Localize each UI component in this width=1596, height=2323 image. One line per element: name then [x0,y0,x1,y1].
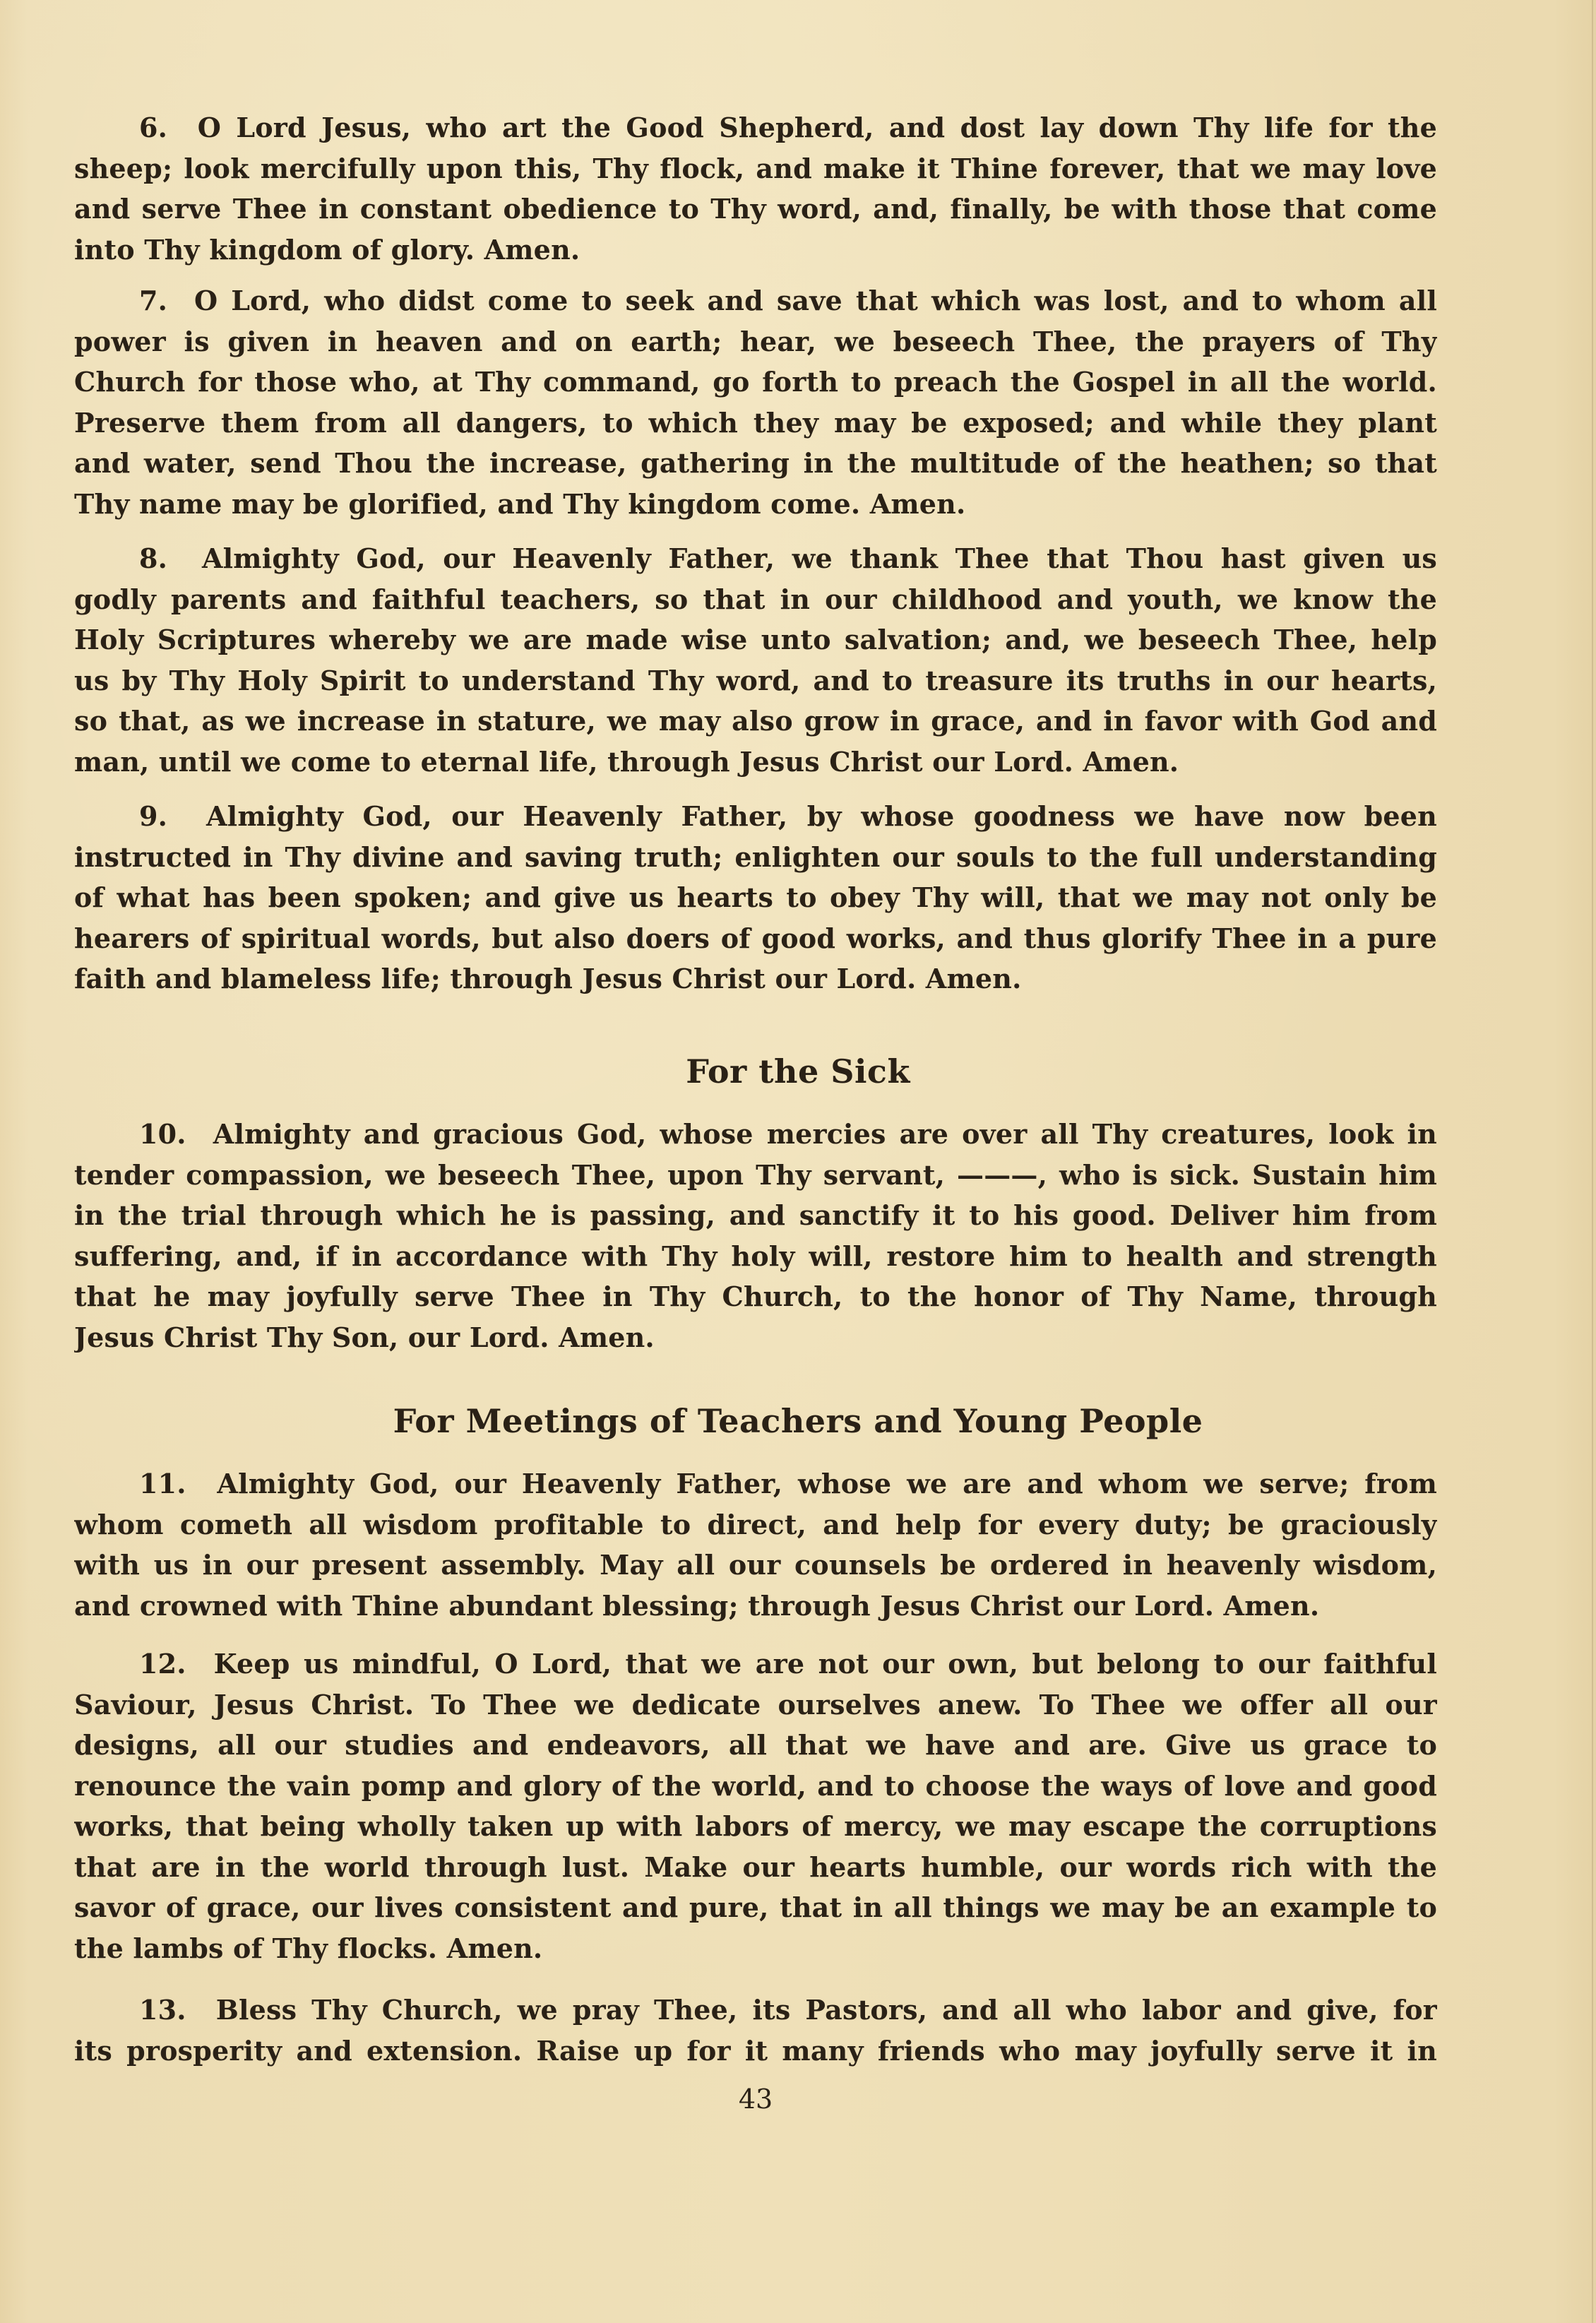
prayer-number: 13. [139,1994,186,2026]
book-page: 6. O Lord Jesus, who art the Good Shephe… [0,0,1596,2323]
prayer-line: faith and blameless life; through Jesus … [74,958,1437,999]
prayer-number: 9. [139,800,167,832]
prayer-line: hearers of spiritual words, but also doe… [74,918,1437,959]
prayer-line: so that, as we increase in stature, we m… [74,701,1437,742]
prayer-number: 8. [139,542,167,574]
prayer-line: 7. O Lord, who didst come to seek and sa… [74,280,1437,321]
page-edge [1592,0,1593,2323]
section-heading-for-the-sick: For the Sick [0,1052,1596,1091]
prayer-line: suffering, and, if in accordance with Th… [74,1236,1437,1277]
prayer-line: Church for those who, at Thy command, go… [74,362,1437,403]
prayer-line: into Thy kingdom of glory. Amen. [74,230,1437,271]
prayer-line: 6. O Lord Jesus, who art the Good Shephe… [74,107,1437,148]
prayer-line: godly parents and faithful teachers, so … [74,579,1437,620]
prayer-line: whom cometh all wisdom profitable to dir… [74,1504,1437,1545]
prayer-line: and crowned with Thine abundant blessing… [74,1586,1437,1627]
prayer-line: 12. Keep us mindful, O Lord, that we are… [74,1644,1437,1685]
prayer-12: 12. Keep us mindful, O Lord, that we are… [74,1644,1437,1968]
prayer-line: 9. Almighty God, our Heavenly Father, by… [74,796,1437,837]
prayer-9: 9. Almighty God, our Heavenly Father, by… [74,796,1437,999]
prayer-line: designs, all our studies and endeavors, … [74,1725,1437,1766]
prayer-line: 10. Almighty and gracious God, whose mer… [74,1114,1437,1155]
prayer-11: 11. Almighty God, our Heavenly Father, w… [74,1463,1437,1626]
prayer-number: 12. [139,1648,186,1680]
prayer-line: us by Thy Holy Spirit to understand Thy … [74,660,1437,701]
prayer-line: in the trial through which he is passing… [74,1195,1437,1236]
prayer-line: 11. Almighty God, our Heavenly Father, w… [74,1463,1437,1504]
prayer-number: 11. [139,1468,186,1499]
prayer-line: that are in the world through lust. Make… [74,1847,1437,1888]
prayer-line: that he may joyfully serve Thee in Thy C… [74,1276,1437,1317]
prayer-10: 10. Almighty and gracious God, whose mer… [74,1114,1437,1357]
prayer-line: tender compassion, we beseech Thee, upon… [74,1155,1437,1196]
prayer-line: Preserve them from all dangers, to which… [74,403,1437,444]
prayer-line: Jesus Christ Thy Son, our Lord. Amen. [74,1317,1437,1358]
prayer-line: of what has been spoken; and give us hea… [74,877,1437,918]
prayer-line: the lambs of Thy flocks. Amen. [74,1928,1437,1969]
prayer-line: savor of grace, our lives consistent and… [74,1887,1437,1928]
prayer-7: 7. O Lord, who didst come to seek and sa… [74,280,1437,524]
section-heading-teachers-young-people: For Meetings of Teachers and Young Peopl… [0,1402,1596,1440]
prayer-line: its prosperity and extension. Raise up f… [74,2031,1437,2072]
prayer-line: power is given in heaven and on earth; h… [74,321,1437,362]
prayer-line: sheep; look mercifully upon this, Thy fl… [74,148,1437,189]
prayer-13: 13. Bless Thy Church, we pray Thee, its … [74,1990,1437,2071]
prayer-line: and water, send Thou the increase, gathe… [74,443,1437,484]
prayer-line: Holy Scriptures whereby we are made wise… [74,619,1437,660]
prayer-line: 13. Bless Thy Church, we pray Thee, its … [74,1990,1437,2031]
prayer-line: 8. Almighty God, our Heavenly Father, we… [74,538,1437,579]
prayer-line: works, that being wholly taken up with l… [74,1806,1437,1847]
prayer-6: 6. O Lord Jesus, who art the Good Shephe… [74,107,1437,270]
page-number: 43 [0,2084,1511,2115]
prayer-number: 10. [139,1118,186,1150]
prayer-line: instructed in Thy divine and saving trut… [74,837,1437,878]
prayer-number: 7. [139,285,167,316]
prayer-line: and serve Thee in constant obedience to … [74,189,1437,230]
prayer-line: renounce the vain pomp and glory of the … [74,1766,1437,1807]
prayer-line: with us in our present assembly. May all… [74,1545,1437,1586]
prayer-line: Saviour, Jesus Christ. To Thee we dedica… [74,1685,1437,1725]
prayer-line: man, until we come to eternal life, thro… [74,742,1437,783]
prayer-8: 8. Almighty God, our Heavenly Father, we… [74,538,1437,782]
prayer-number: 6. [139,112,167,143]
prayer-line: Thy name may be glorified, and Thy kingd… [74,484,1437,525]
